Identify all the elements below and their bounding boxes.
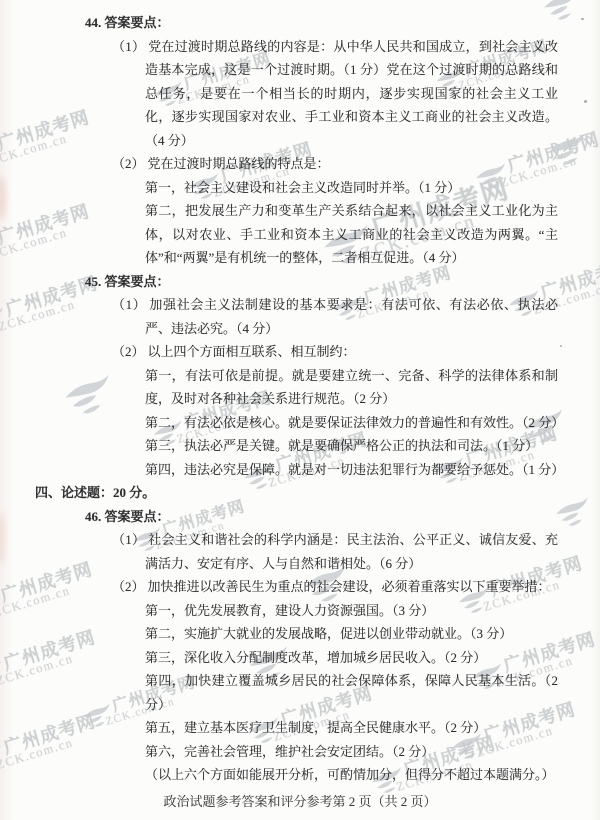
item-label: （1） bbox=[112, 532, 145, 547]
answer-document: 44. 答案要点： （1）党在过渡时期总路线的内容是：从中华人民共和国成立，到社… bbox=[0, 0, 600, 787]
answer-45-point-3: 第三，执法必严是关键。就是要确保严格公正的执法和司法。（1 分） bbox=[35, 434, 558, 458]
item-label: （1） bbox=[112, 39, 145, 54]
question-45-heading: 45. 答案要点： bbox=[35, 270, 558, 294]
page-footer: 政治试题参考答案和评分参考第 2 页（共 2 页） bbox=[0, 791, 600, 810]
item-label: （2） bbox=[112, 579, 145, 594]
item-text: 党在过渡时期总路线的内容是：从中华人民共和国成立，到社会主义改造基本完成，这是一… bbox=[145, 39, 558, 148]
answer-46-item-1: （1）社会主义和谐社会的科学内涵是：民主法治、公平正义、诚信友爱、充满活力、安定… bbox=[35, 528, 558, 575]
answer-45-point-4: 第四，违法必究是保障。就是对一切违法犯罪行为都要给予惩处。（1 分） bbox=[35, 458, 558, 482]
answer-46-point-2: 第二，实施扩大就业的发展战略，促进以创业带动就业。（3 分） bbox=[35, 622, 558, 646]
answer-45-point-2: 第二，有法必依是核心。就是要保证法律效力的普遍性和有效性。（2 分） bbox=[35, 411, 558, 435]
answer-46-point-5: 第五，建立基本医疗卫生制度，提高全民健康水平。（2 分） bbox=[35, 716, 558, 740]
item-text: 党在过渡时期总路线的特点是： bbox=[148, 156, 330, 171]
answer-45-item-1: （1）加强社会主义法制建设的基本要求是：有法可依、有法必依、执法必严、违法必究。… bbox=[35, 293, 558, 340]
answer-44-point-2: 第二，把发展生产力和变革生产关系结合起来，以社会主义工业化为主体，以对农业、手工… bbox=[35, 199, 558, 270]
answer-46-point-1: 第一，优先发展教育，建设人力资源强国。（3 分） bbox=[35, 599, 558, 623]
item-label: （2） bbox=[112, 156, 145, 171]
item-text: 社会主义和谐社会的科学内涵是：民主法治、公平正义、诚信友爱、充满活力、安定有序、… bbox=[145, 532, 558, 571]
answer-44-point-1: 第一，社会主义建设和社会主义改造同时并举。（1 分） bbox=[35, 176, 558, 200]
scanned-exam-answer-sheet: 广州成考网ZCK.com.cn广州成考网ZCK.com.cn广州成考网ZCK.c… bbox=[0, 0, 600, 820]
item-text: 加快推进以改善民生为重点的社会建设，必须着重落实以下重要举措： bbox=[148, 579, 551, 594]
answer-45-point-1: 第一，有法可依是前提。就是要建立统一、完备、科学的法律体系和制度，及时对各种社会… bbox=[35, 364, 558, 411]
item-text: 加强社会主义法制建设的基本要求是：有法可依、有法必依、执法必严、违法必究。（4 … bbox=[145, 297, 558, 336]
question-44-heading: 44. 答案要点： bbox=[35, 11, 558, 35]
item-label: （2） bbox=[112, 344, 145, 359]
answer-46-note: （以上六个方面如能展开分析，可酌情加分，但得分不超过本题满分。） bbox=[35, 763, 558, 787]
section-4-heading: 四、论述题：20 分。 bbox=[35, 481, 558, 505]
item-text: 以上四个方面相互联系、相互制约： bbox=[148, 344, 356, 359]
answer-45-item-2: （2）以上四个方面相互联系、相互制约： bbox=[35, 340, 558, 364]
item-label: （1） bbox=[112, 297, 146, 312]
answer-44-item-2: （2）党在过渡时期总路线的特点是： bbox=[35, 152, 558, 176]
answer-46-point-6: 第六，完善社会管理，维护社会安定团结。（2 分） bbox=[35, 740, 558, 764]
question-46-heading: 46. 答案要点： bbox=[35, 505, 558, 529]
answer-46-point-4: 第四，加快建立覆盖城乡居民的社会保障体系，保障人民基本生活。（2 分） bbox=[35, 669, 558, 716]
answer-46-item-2: （2）加快推进以改善民生为重点的社会建设，必须着重落实以下重要举措： bbox=[35, 575, 558, 599]
answer-44-item-1: （1）党在过渡时期总路线的内容是：从中华人民共和国成立，到社会主义改造基本完成，… bbox=[35, 35, 558, 153]
answer-46-point-3: 第三，深化收入分配制度改革，增加城乡居民收入。（2 分） bbox=[35, 646, 558, 670]
